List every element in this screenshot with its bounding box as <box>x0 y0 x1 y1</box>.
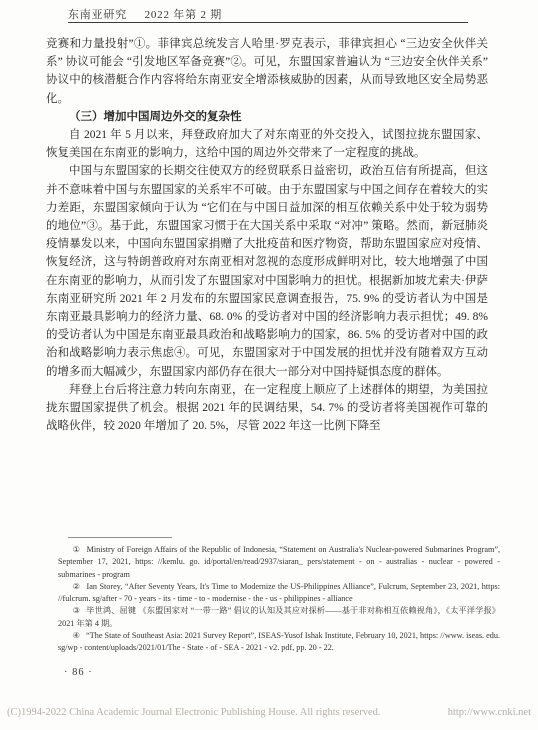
footnote-text: “The State of Southeast Asia: 2021 Surve… <box>58 631 500 652</box>
footnote-item: ①Ministry of Foreign Affairs of the Repu… <box>58 544 500 581</box>
body-paragraph: 中国与东盟国家的长期交往使双方的经贸联系日益密切，政治互信有所提高，但这并不意味… <box>46 162 488 380</box>
footnote-text: 毕世鸿、屈键 《东盟国家对 “一带一路” 倡议的认知及其应对探析——基于非对称相… <box>58 606 500 627</box>
footnotes-block: ①Ministry of Foreign Affairs of the Repu… <box>58 544 500 655</box>
issue-label: 2022 年第 2 期 <box>145 9 223 21</box>
body-paragraph: 自 2021 年 5 月以来，拜登政府加大了对东南亚的外交投入，试图拉拢东盟国家… <box>46 126 488 162</box>
footnote-item: ④“The State of Southeast Asia: 2021 Surv… <box>58 630 500 655</box>
cnki-url[interactable]: http://www.cnki.net <box>448 707 531 718</box>
section-heading: （三）增加中国周边外交的复杂性 <box>46 108 488 126</box>
page-header: 东南亚研究 2022 年第 2 期 <box>68 6 222 22</box>
footnote-separator <box>68 537 172 538</box>
journal-title: 东南亚研究 <box>68 9 127 21</box>
footnote-item: ②Ian Storey, “After Seventy Years, It's … <box>58 581 500 606</box>
footnote-text: Ministry of Foreign Affairs of the Repub… <box>58 545 500 579</box>
header-rule <box>68 22 468 23</box>
footnote-marker: ④ <box>73 631 80 640</box>
copyright-text: (C)1994-2022 China Academic Journal Elec… <box>7 707 381 718</box>
footnote-marker: ② <box>73 582 81 591</box>
page-number: · 86 · <box>64 667 93 678</box>
body-paragraph: 竞赛和力量投射”①。菲律宾总统发言人哈里·罗克表示，菲律宾担心 “三边安全伙伴关… <box>46 35 488 108</box>
footnote-marker: ③ <box>73 606 80 615</box>
body-paragraph: 拜登上台后将注意力转向东南亚，在一定程度上顺应了上述群体的期望，为美国拉拢东盟国… <box>46 381 488 436</box>
footnote-marker: ① <box>73 545 81 554</box>
footnote-text: Ian Storey, “After Seventy Years, It's T… <box>58 582 500 603</box>
journal-page: 东南亚研究 2022 年第 2 期 竞赛和力量投射”①。菲律宾总统发言人哈里·罗… <box>0 0 538 730</box>
article-body: 竞赛和力量投射”①。菲律宾总统发言人哈里·罗克表示，菲律宾担心 “三边安全伙伴关… <box>46 35 488 435</box>
cnki-watermark: (C)1994-2022 China Academic Journal Elec… <box>7 707 531 718</box>
footnote-item: ③毕世鸿、屈键 《东盟国家对 “一带一路” 倡议的认知及其应对探析——基于非对称… <box>58 605 500 630</box>
